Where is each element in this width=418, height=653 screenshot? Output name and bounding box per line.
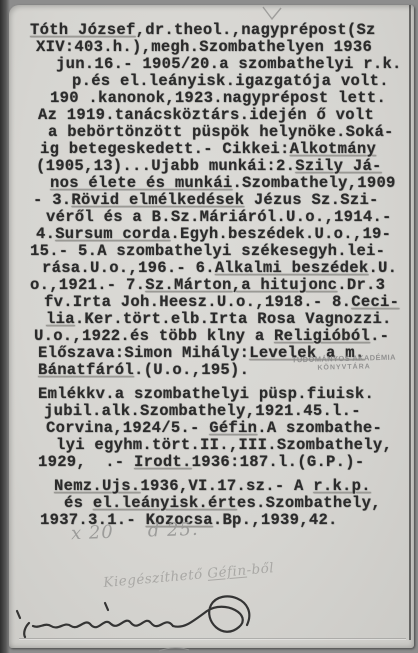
text-segment: jun.16.- 1905/20.a szombathelyi r.k. <box>56 55 402 73</box>
text-segment: - 3. <box>33 191 71 209</box>
text-segment: (1905,13)...Ujabb munkái:2. <box>36 157 295 175</box>
typed-line: jubil.alk.Szombathely,1921.45.l.- <box>30 403 414 420</box>
paper-wrinkle <box>257 5 287 23</box>
text-segment: Géfin <box>209 419 257 437</box>
text-segment: o.,1921.- 7. <box>30 276 145 294</box>
pencil-shelfmark-left: x 20 <box>71 522 114 544</box>
text-segment: Tóth József <box>30 21 136 39</box>
text-segment: .(U.o.,195). <box>134 361 249 379</box>
typed-line: (1905,13)...Ujabb munkái:2.Szily Já- <box>30 158 414 175</box>
pencil-shelfmark-right: d 25. <box>147 519 199 542</box>
text-segment: fv.Irta Joh.Heesz.U.o.,1918.- 8. <box>44 293 351 311</box>
text-segment: Emlékkv.a szombathelyi püsp.fiuisk. <box>38 385 374 403</box>
paragraph: Tóth József,dr.theol.,nagyprépost(SzXIV:… <box>30 22 414 379</box>
text-segment: Sursum corda <box>55 225 170 243</box>
typed-line: Tóth József,dr.theol.,nagyprépost(Sz <box>30 22 414 39</box>
text-segment: Az 1919.tanácsköztárs.idején ő volt <box>38 106 374 124</box>
card-edge-shadow <box>409 5 411 640</box>
text-segment: Alkotmány <box>290 140 376 158</box>
text-segment: 1936,VI.17.sz.- A <box>140 477 313 495</box>
text-segment: a bebörtönzött püspök helynöke.Soká- <box>48 123 394 141</box>
index-card: Tóth József,dr.theol.,nagyprépost(SzXIV:… <box>9 5 414 648</box>
typed-line: Nemz.Ujs.1936,VI.17.sz.- A r.k.p. <box>30 478 414 495</box>
text-segment: p.és el.leányisk.igazgatója volt. <box>72 72 389 90</box>
typed-line: 4.Sursum corda.Egyh.beszédek.U.o.,19- <box>30 226 414 243</box>
text-segment: Jézus Sz.Szi- <box>244 191 378 209</box>
text-segment: Alkalmi beszédek <box>215 259 369 277</box>
text-segment: .A szombathe- <box>257 419 382 437</box>
library-stamp: TUDOMÁNYOS AKADÉMIA KÖNYVTÁRA <box>290 353 398 373</box>
text-segment: Bánatfáról <box>38 361 134 379</box>
card-crease <box>19 638 406 639</box>
typed-line: lia.Ker.tört.elb.Irta Rosa Vagnozzi. <box>30 311 414 328</box>
typed-line: ig betegeskedett.- Cikkei:Alkotmány <box>30 141 414 158</box>
text-segment: 1929, .- <box>38 453 134 471</box>
typed-line: jun.16.- 1905/20.a szombathelyi r.k. <box>30 56 414 73</box>
text-segment: Corvina,1924/5.- <box>46 419 209 437</box>
text-segment: rása.U.o.,196.- 6. <box>42 259 215 277</box>
typed-line: Az 1919.tanácsköztárs.idején ő volt <box>30 107 414 124</box>
text-segment: ig betegeskedett.- Cikkei: <box>40 140 290 158</box>
text-segment: Géfin <box>207 563 248 582</box>
text-segment: véről és a B.Sz.Máriáról.U.o.,1914.- <box>46 208 392 226</box>
text-segment: -ből <box>246 560 275 578</box>
text-segment: Religióból <box>274 327 370 345</box>
text-segment: .Ker.tört.elb.Irta Rosa Vagnozzi. <box>75 310 392 328</box>
pencil-shelfmark-gap <box>114 537 148 538</box>
typed-line: lyi egyhm.tört.II.,III.Szombathely, <box>30 437 414 454</box>
text-segment: Nemz.Ujs. <box>54 477 140 495</box>
text-segment: jubil.alk.Szombathely,1921.45.l.- <box>44 402 361 420</box>
text-segment: es.Szombathely, <box>237 494 381 512</box>
text-segment: .Bp.,1939,42. <box>213 511 338 529</box>
text-segment: 15.- 5.A szombathelyi székesegyh.lei- <box>30 242 385 260</box>
typed-line: XIV:403.h.),megh.Szombathelyen 1936 <box>30 39 414 56</box>
typed-line: rása.U.o.,196.- 6.Alkalmi beszédek.U. <box>30 260 414 277</box>
text-segment: és <box>64 494 93 512</box>
typed-line: - 3.Rövid elmélkedések Jézus Sz.Szi- <box>30 192 414 209</box>
typed-line: p.és el.leányisk.igazgatója volt. <box>30 73 414 90</box>
paragraph: Emlékkv.a szombathelyi püsp.fiuisk.jubil… <box>30 386 414 471</box>
typed-text-block: Tóth József,dr.theol.,nagyprépost(SzXIV:… <box>9 5 414 529</box>
typed-line: o.,1921.- 7.Sz.Márton,a hitujonc.Dr.3 <box>30 277 414 294</box>
typed-line: U.o.,1922.és több klny a Religióból.- <box>30 328 414 345</box>
text-segment: Irodt. <box>134 453 192 471</box>
text-segment: Rövid elmélkedések <box>71 191 244 209</box>
text-segment: Előszava:Simon Mihály: <box>38 344 249 362</box>
typed-line: véről és a B.Sz.Máriáról.U.o.,1914.- <box>30 209 414 226</box>
pencil-shelfmark: x 20d 25. <box>71 519 199 544</box>
text-segment: r.k.p. <box>313 477 371 495</box>
text-segment: nos élete és munkái <box>50 174 232 192</box>
typed-line: Corvina,1924/5.- Géfin.A szombathe- <box>30 420 414 437</box>
text-segment: .Egyh.beszédek.U.o.,19- <box>170 225 391 243</box>
text-segment: 1936:187.l.(G.P.)- <box>192 453 365 471</box>
typed-line: 1929, .- Irodt.1936:187.l.(G.P.)- <box>30 454 414 471</box>
text-segment: XIV:403.h.),megh.Szombathelyen 1936 <box>36 38 372 56</box>
ink-handwriting <box>9 585 279 653</box>
text-segment: Sz.Márton,a hitujonc <box>145 276 337 294</box>
text-segment: 4. <box>36 225 55 243</box>
typed-line: fv.Irta Joh.Heesz.U.o.,1918.- 8.Ceci- <box>30 294 414 311</box>
text-segment: .Szombathely,1909 <box>232 174 395 192</box>
text-segment: 190 .kanonok,1923.nagyprépost lett. <box>50 89 386 107</box>
typed-line: a bebörtönzött püspök helynöke.Soká- <box>30 124 414 141</box>
text-segment: Ceci- <box>351 293 399 311</box>
typed-line: 15.- 5.A szombathelyi székesegyh.lei- <box>30 243 414 260</box>
text-segment: el.leányisk.ért <box>93 494 237 512</box>
text-segment: .Dr.3 <box>337 276 385 294</box>
text-segment: .U. <box>368 259 397 277</box>
text-segment: Szily Já- <box>295 157 381 175</box>
typed-line: és el.leányisk.értes.Szombathely, <box>30 495 414 512</box>
paragraph: Nemz.Ujs.1936,VI.17.sz.- A r.k.p.és el.l… <box>30 478 414 529</box>
typed-line: Emlékkv.a szombathelyi püsp.fiuisk. <box>30 386 414 403</box>
typed-line: 190 .kanonok,1923.nagyprépost lett. <box>30 90 414 107</box>
text-segment: lia <box>46 310 75 328</box>
text-segment: lyi egyhm.tört.II.,III.Szombathely, <box>56 436 392 454</box>
text-segment: ,dr.theol.,nagyprépost(Sz <box>136 21 376 39</box>
text-segment: U.o.,1922.és több klny a <box>34 327 274 345</box>
typed-line: nos élete és munkái.Szombathely,1909 <box>30 175 414 192</box>
scanned-card-image: Tóth József,dr.theol.,nagyprépost(SzXIV:… <box>0 0 418 653</box>
text-segment: .- <box>370 327 389 345</box>
